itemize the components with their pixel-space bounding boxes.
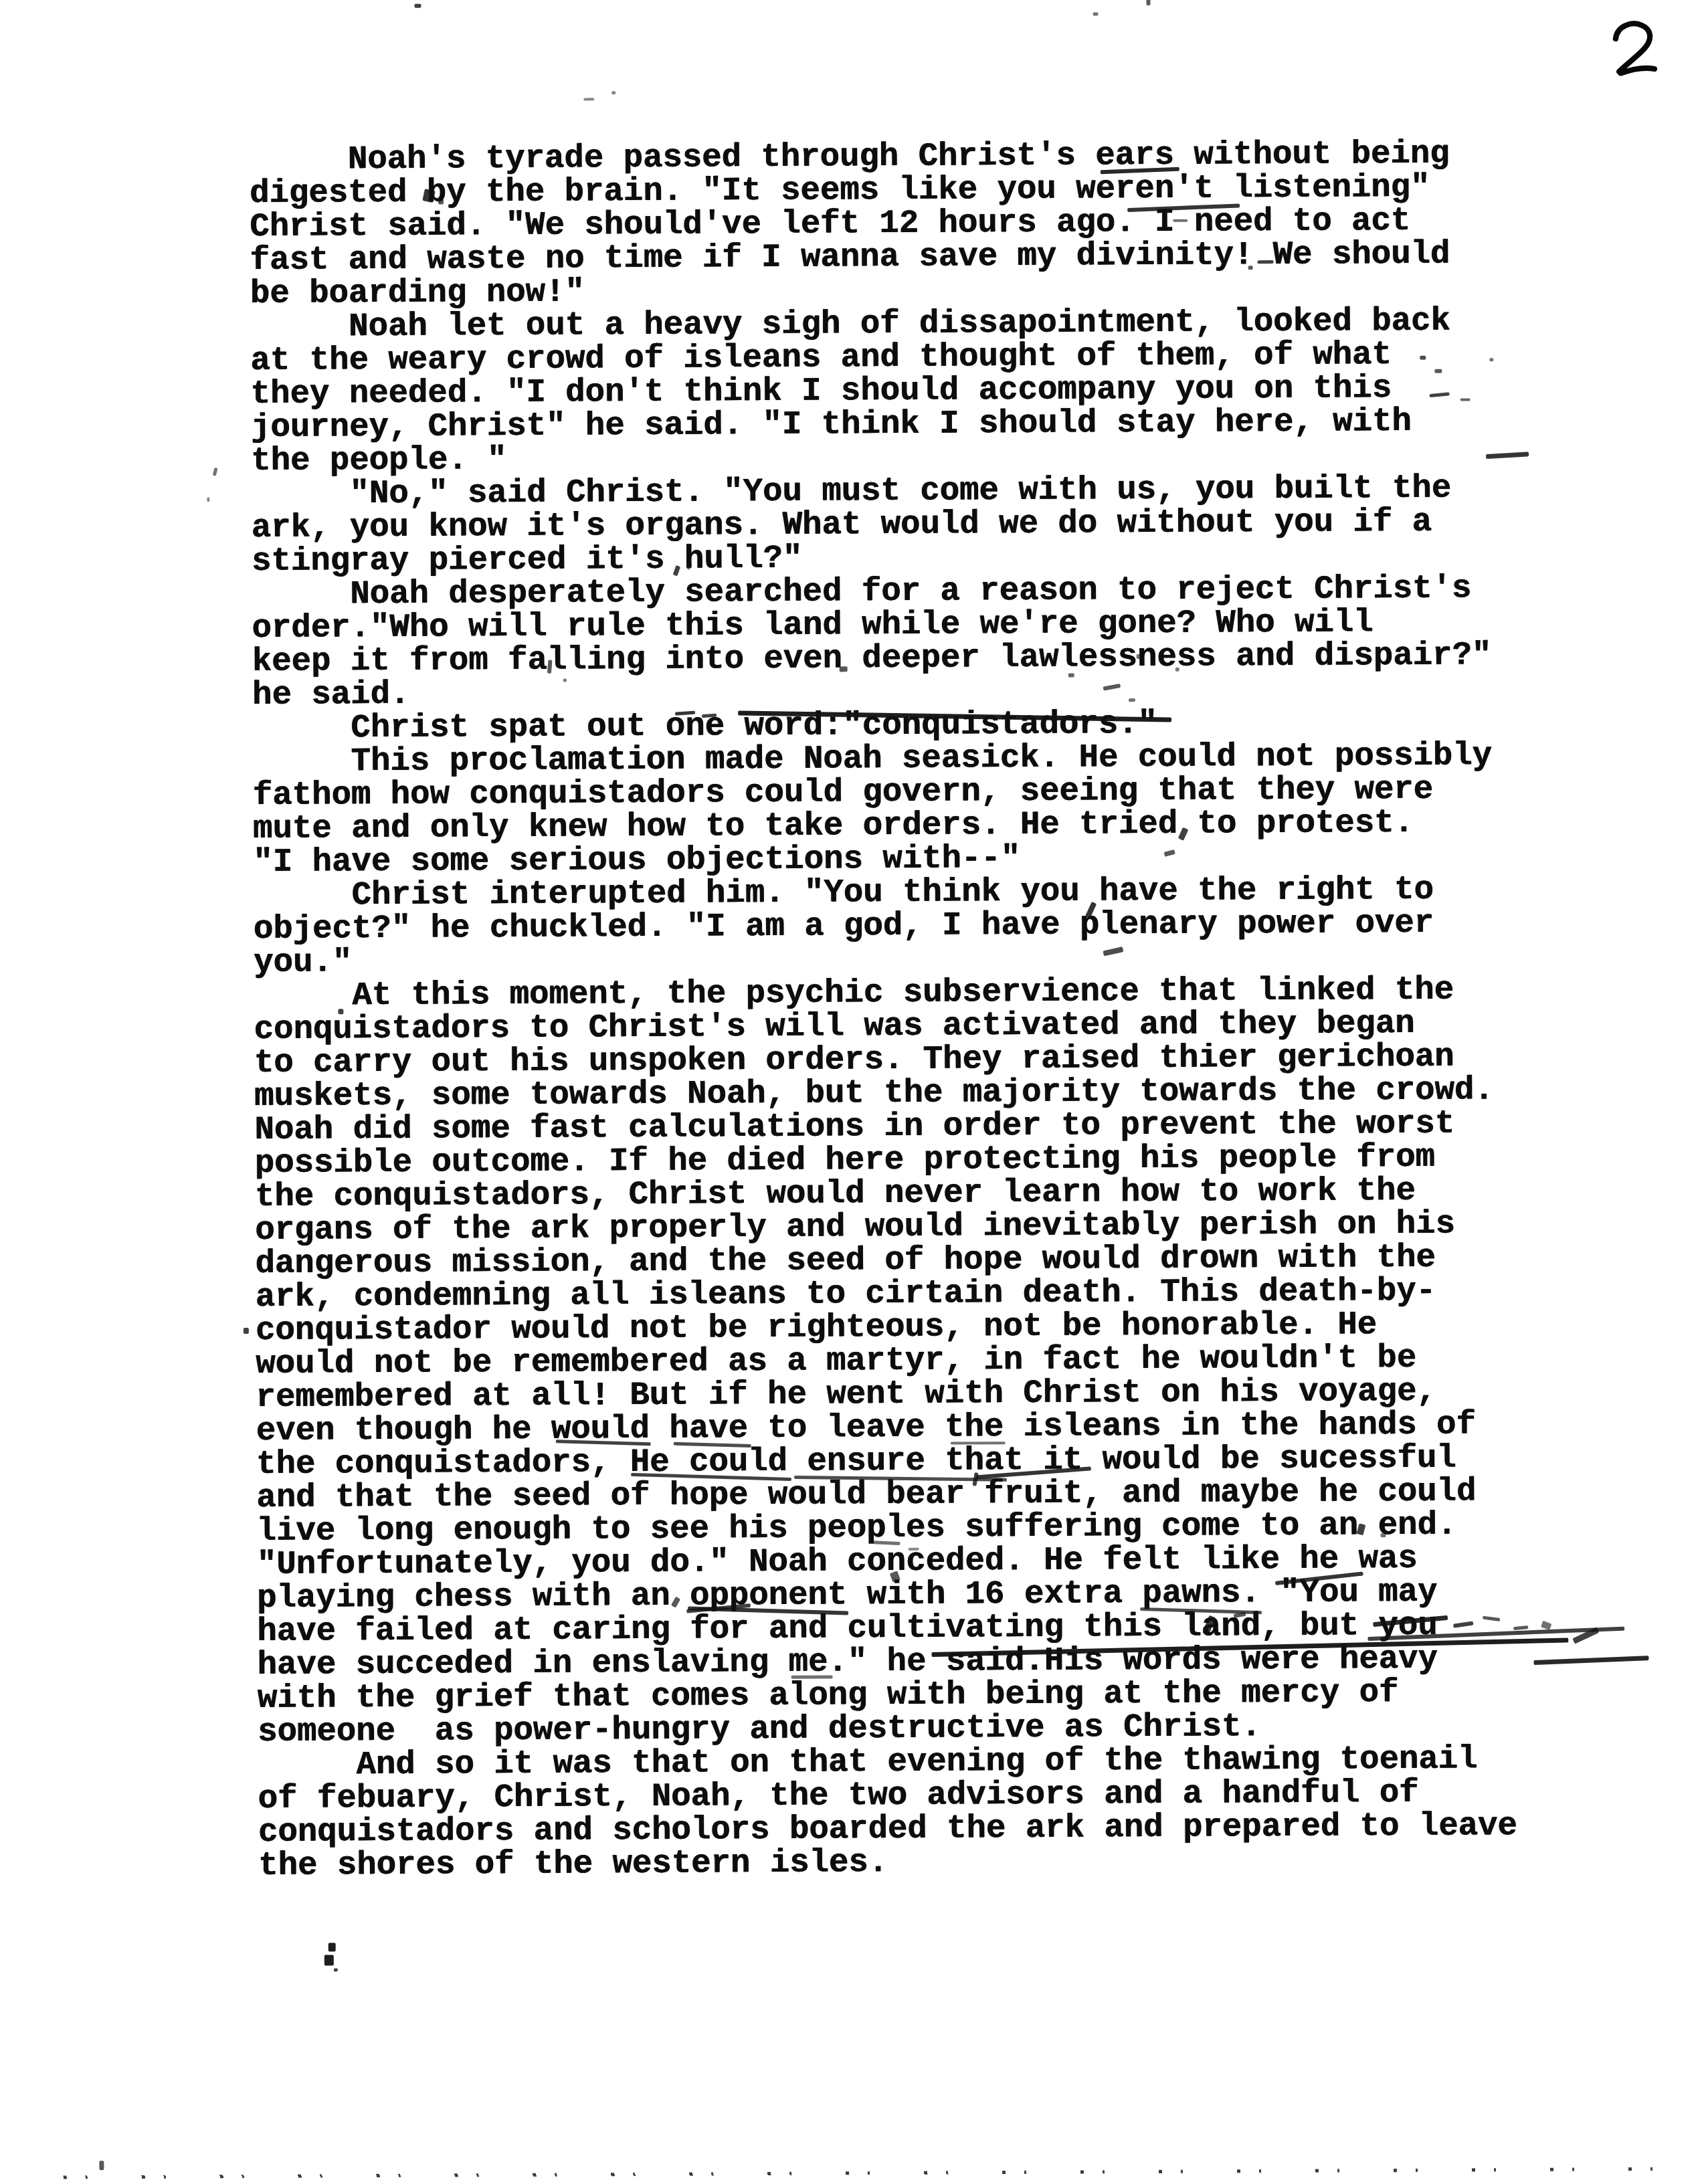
ink-speck [1173,219,1188,222]
text-line: journey, Christ" he said. "I think I sho… [251,404,1510,444]
text-line: mute and only knew how to take orders. H… [253,805,1512,846]
dot-before-at [338,1009,343,1014]
margin-tick [213,468,218,476]
ink-speck [1248,266,1253,270]
margin-dots [1434,369,1442,373]
margin-dots [1420,356,1426,360]
text-line: the shores of the western isles. [258,1842,1517,1882]
text-line: fast and waste no time if I wanna save m… [250,237,1509,277]
speck-suffering [909,1548,919,1551]
text-line: ark, you know it's organs. What would we… [251,504,1510,544]
text-line: with the grief that comes along with bei… [258,1675,1517,1715]
ink-speck [1129,698,1135,702]
margin-dots [1489,358,1493,361]
ink-speck [1093,12,1099,15]
ink-speck [583,98,594,100]
dot-before-conquistador [244,1328,249,1334]
ink-speck [99,2161,104,2170]
underline-the [951,1442,1006,1444]
scanned-typewritten-page: Noah's tyrade passed through Christ's ea… [0,0,1702,2184]
handwritten-2-glyph [1608,20,1662,79]
squiggle [1541,1621,1552,1630]
text-line: conquistadors and scholors boarded the a… [258,1809,1517,1849]
ink-speck [1380,1533,1386,1537]
ink-blot-semicolon [324,1955,334,1965]
squiggle [1513,1625,1528,1630]
ink-speck [840,666,848,672]
handwritten-page-number [1608,20,1662,79]
ink-blot-semicolon [328,1943,336,1951]
margin-tick [207,497,209,502]
typed-text-block: Noah's tyrade passed through Christ's ea… [250,136,1517,1882]
ink-speck [563,679,567,682]
ink-blot-semicolon [334,1968,338,1971]
ink-speck [1175,668,1179,672]
ink-speck [611,91,616,94]
ink-speck [415,4,421,8]
ink-speck [1068,674,1074,678]
ink-artifact-layer [0,0,1696,1]
ink-speck [438,199,444,205]
bottom-scan-edge-marks [63,2167,1655,2179]
ink-speck [1146,0,1150,5]
long-underscore-margin [1533,1656,1648,1665]
text-line: object?" he chuckled. "I am a god, I hav… [254,906,1513,946]
margin-dash [1460,398,1471,401]
dash-divinity [1258,260,1274,264]
underline-me [791,1675,833,1678]
ink-speck [1137,654,1141,659]
text-line: keep it from falling into even deeper la… [252,638,1511,678]
